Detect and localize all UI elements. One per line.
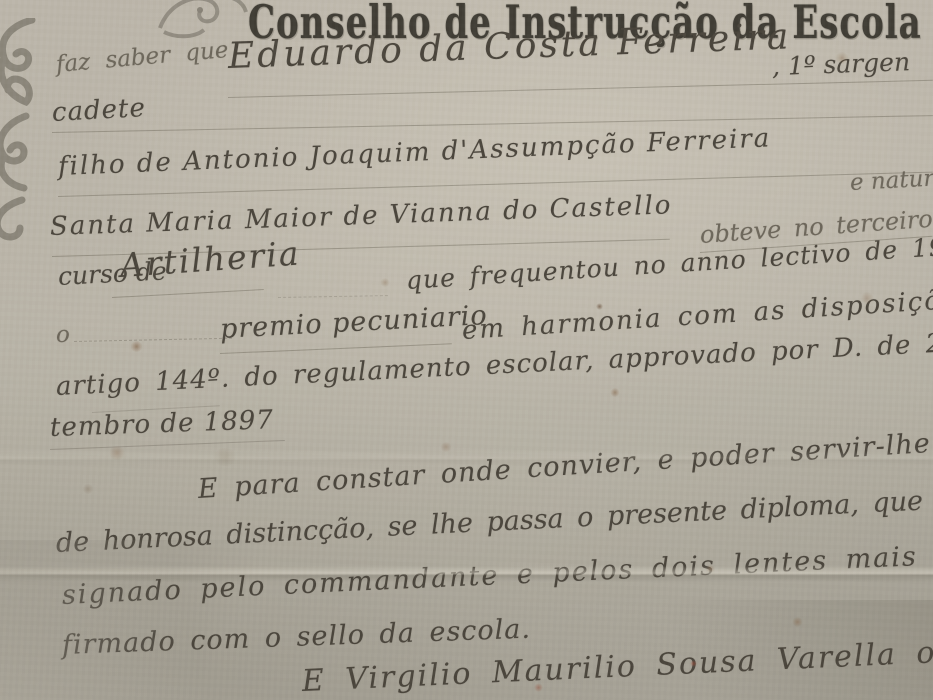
rank-fragment: , 1º sargen	[771, 47, 910, 81]
diploma-photograph: Conselho de Instrucção da Escola do Ex f…	[0, 0, 933, 700]
closing-line-4: firmado com o sello da escola.	[61, 614, 531, 661]
line-setembro-1897: tembro de 1897	[49, 405, 274, 443]
paper-stain	[82, 484, 94, 494]
paper-stain	[130, 341, 143, 352]
fragment-anno-lectivo: que frequentou no anno lectivo de 1904	[405, 230, 933, 295]
paper-stain	[212, 448, 238, 466]
fragment-o: o	[56, 322, 70, 348]
line-naturalidade: Santa Maria Maior de Vianna do Castello	[49, 190, 672, 242]
form-rule	[52, 115, 933, 133]
paper-stain	[610, 388, 620, 397]
line-filiation: filho de Antonio Joaquim d'Assumpção Fer…	[57, 123, 771, 182]
line-faz-saber: faz saber que	[55, 37, 230, 78]
form-rule	[278, 295, 388, 298]
line-cadete: cadete	[51, 93, 146, 128]
floral-ornament-icon	[0, 18, 44, 106]
form-rule	[112, 289, 264, 298]
form-rule	[74, 338, 232, 342]
paper-stain	[108, 446, 126, 460]
paper-stain	[380, 278, 390, 287]
award-name: premio pecuniario	[219, 300, 488, 345]
form-rule	[220, 343, 452, 354]
form-rule	[228, 80, 933, 98]
floral-ornament-icon	[0, 196, 32, 242]
floral-ornament-icon	[0, 112, 40, 192]
course-name: Artilheria	[119, 233, 302, 285]
paper-stain	[440, 442, 452, 452]
fragment-e-natural: e natur	[849, 166, 933, 196]
paper-stain	[792, 617, 803, 627]
